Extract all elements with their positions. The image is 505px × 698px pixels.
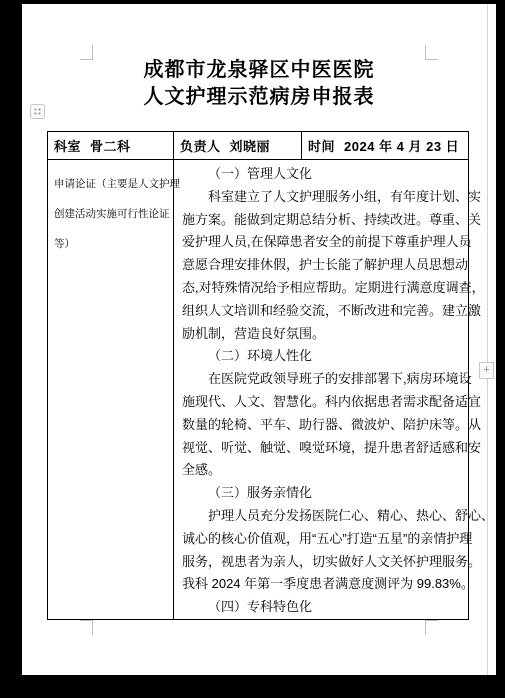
time-value: 2024 年 4 月 23 日	[344, 136, 459, 155]
content-line: （四）专科特色化	[182, 596, 494, 619]
content-line: 视觉、听觉、触觉、嗅觉环境，提升患者舒适感和安	[182, 437, 494, 460]
content-line: （二）环境人性化	[182, 345, 494, 368]
app-background: { "page": { "title_line1": "成都市龙泉驿区中医医院"…	[0, 0, 505, 698]
document-page: 成都市龙泉驿区中医医院 人文护理示范病房申报表 科室 骨二科 负责人 刘晓丽 时…	[22, 4, 496, 675]
content-line: 科室建立了人文护理服务小组，有年度计划、实	[182, 186, 494, 209]
dept-value: 骨二科	[90, 136, 131, 155]
content-line: 诚心的核心价值观，用“五心”打造“五星”的亲情护理	[182, 528, 494, 551]
content-line: 施现代、人文、智慧化。科内依据患者需求配备适宜	[182, 391, 494, 414]
application-table: 科室 骨二科 负责人 刘晓丽 时间 2024 年 4 月 23 日 申请论证（主…	[47, 131, 469, 620]
table-move-handle-icon[interactable]	[30, 104, 45, 119]
plus-icon: +	[483, 364, 489, 376]
content-cell: （一）管理人文化 科室建立了人文护理服务小组，有年度计划、实 施方案。能做到定期…	[174, 160, 496, 619]
content-line: 全感。	[182, 459, 494, 482]
application-demonstration-cell: 申请论证（主要是人文护理 创建活动实施可行性论证 等）	[48, 160, 174, 619]
dept-cell: 科室 骨二科	[48, 132, 174, 159]
content-line: 服务，视患者为亲人，切实做好人文关怀护理服务。	[182, 551, 494, 574]
content-line: 态,对特殊情况给予相应帮助。定期进行满意度调查，	[182, 277, 494, 300]
content-line: 爱护理人员,在保障患者安全的前提下尊重护理人员	[182, 231, 494, 254]
content-line: （一）管理人文化	[182, 163, 494, 186]
content-line: 组织人文培训和经验交流，不断改进和完善。建立激	[182, 300, 494, 323]
content-line: 护理人员充分发扬医院仁心、精心、热心、舒心、	[182, 505, 494, 528]
content-line: 励机制，营造良好氛围。	[182, 323, 494, 346]
left-cell-line: 等）	[54, 229, 168, 259]
left-cell-line: 申请论证（主要是人文护理	[54, 169, 168, 199]
dept-label: 科室	[54, 136, 81, 155]
document-title-line1: 成都市龙泉驿区中医医院	[22, 57, 496, 84]
time-cell: 时间 2024 年 4 月 23 日	[302, 132, 468, 159]
margin-crop-mark-bottom-right	[425, 620, 438, 635]
content-line: 在医院党政领导班子的安排部署下,病房环境设	[182, 368, 494, 391]
content-line: 意愿合理安排休假，护士长能了解护理人员思想动	[182, 254, 494, 277]
manager-value: 刘晓丽	[230, 136, 271, 155]
time-label: 时间	[308, 136, 335, 155]
table-body-row: 申请论证（主要是人文护理 创建活动实施可行性论证 等） （一）管理人文化 科室建…	[48, 160, 468, 619]
table-header-row: 科室 骨二科 负责人 刘晓丽 时间 2024 年 4 月 23 日	[48, 132, 468, 160]
content-line: 我科 2024 年第一季度患者满意度测评为 99.83%。	[182, 573, 494, 596]
drag-dots-icon	[34, 108, 41, 115]
manager-label: 负责人	[180, 136, 221, 155]
plus-button[interactable]: +	[479, 362, 494, 379]
left-cell-line: 创建活动实施可行性论证	[54, 199, 168, 229]
document-title-line2: 人文护理示范病房申报表	[22, 84, 496, 111]
content-line: 施方案。能做到定期总结分析、持续改进。尊重、关	[182, 209, 494, 232]
content-line: 数量的轮椅、平车、助行器、微波炉、陪护床等。从	[182, 414, 494, 437]
margin-crop-mark-bottom-left	[80, 620, 93, 635]
manager-cell: 负责人 刘晓丽	[174, 132, 302, 159]
document-title: 成都市龙泉驿区中医医院 人文护理示范病房申报表	[22, 57, 496, 111]
content-line: （三）服务亲情化	[182, 482, 494, 505]
